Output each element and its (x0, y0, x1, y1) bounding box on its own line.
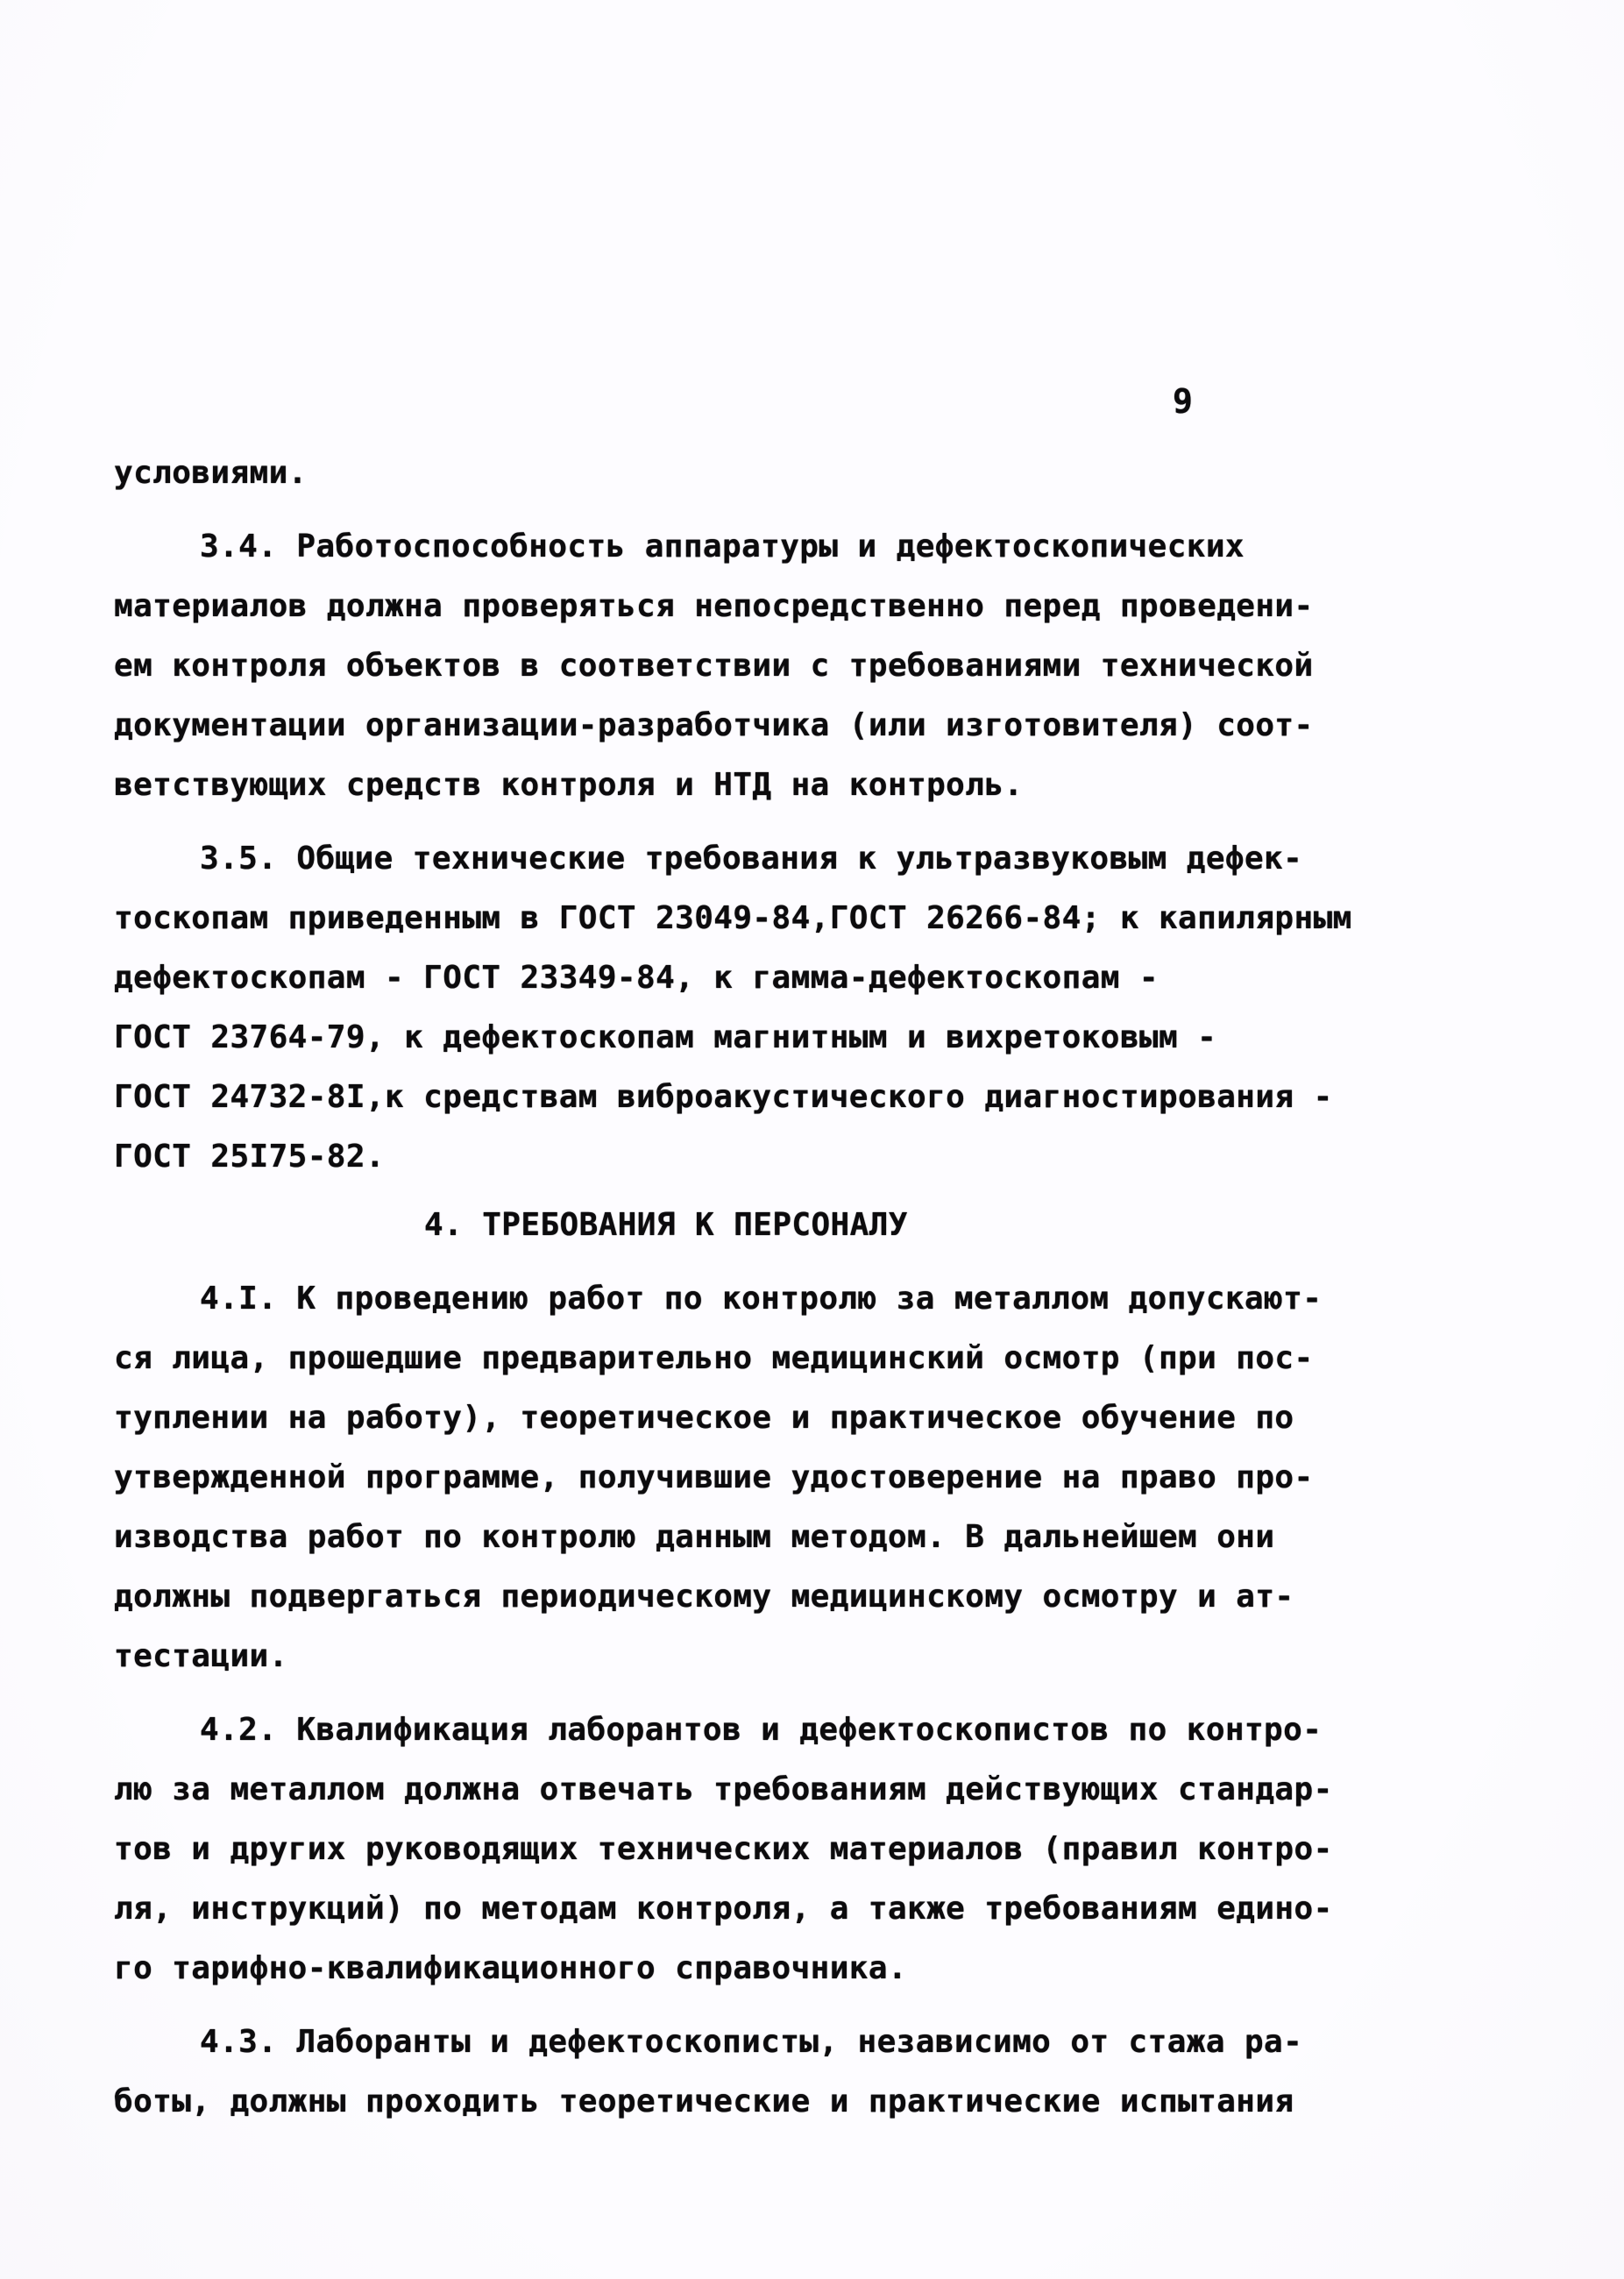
scanned-document-page: 9 условиями.3.4. Работоспособность аппар… (0, 0, 1624, 2279)
heading-text: 4. ТРЕБОВАНИЯ К ПЕРСОНАЛУ (114, 1196, 1534, 1255)
text-line: тоскопам приведенным в ГОСТ 23049-84,ГОС… (114, 889, 1534, 948)
text-line: ГОСТ 23764-79, к дефектоскопам магнитным… (114, 1008, 1534, 1068)
text-line: туплении на работу), теоретическое и пра… (114, 1388, 1534, 1448)
document-body: условиями.3.4. Работоспособность аппарат… (114, 444, 1534, 2132)
text-line: ем контроля объектов в соответствии с тр… (114, 636, 1534, 696)
text-line: боты, должны проходить теоретические и п… (114, 2072, 1534, 2132)
text-line: утвержденной программе, получившие удост… (114, 1448, 1534, 1508)
text-line: ля, инструкций) по методам контроля, а т… (114, 1879, 1534, 1939)
text-line: 4.I. К проведению работ по контролю за м… (114, 1269, 1534, 1329)
text-line: ветствующих средств контроля и НТД на ко… (114, 756, 1534, 815)
text-line: дефектоскопам - ГОСТ 23349-84, к гамма-д… (114, 948, 1534, 1008)
text-line: го тарифно-квалификационного справочника… (114, 1939, 1534, 1999)
paragraph: 4.2. Квалификация лаборантов и дефектоск… (114, 1700, 1534, 1999)
paragraph: 4.I. К проведению работ по контролю за м… (114, 1269, 1534, 1686)
text-line: тестации. (114, 1627, 1534, 1686)
text-line: материалов должна проверяться непосредст… (114, 577, 1534, 636)
paragraph: 4.3. Лаборанты и дефектоскописты, незави… (114, 2013, 1534, 2132)
paragraph: 3.5. Общие технические требования к ульт… (114, 829, 1534, 1187)
text-line: должны подвергаться периодическому медиц… (114, 1567, 1534, 1627)
text-line: ГОСТ 25I75-82. (114, 1127, 1534, 1187)
text-line: 4.3. Лаборанты и дефектоскописты, незави… (114, 2013, 1534, 2072)
page-number: 9 (1173, 372, 1193, 431)
paragraph: условиями. (114, 444, 1534, 503)
text-line: лю за металлом должна отвечать требовани… (114, 1760, 1534, 1820)
text-line: условиями. (114, 444, 1534, 503)
text-line: изводства работ по контролю данным метод… (114, 1508, 1534, 1567)
text-line: тов и других руководящих технических мат… (114, 1820, 1534, 1879)
text-line: 3.5. Общие технические требования к ульт… (114, 829, 1534, 889)
text-line: ГОСТ 24732-8I,к средствам виброакустичес… (114, 1068, 1534, 1127)
section-heading: 4. ТРЕБОВАНИЯ К ПЕРСОНАЛУ (114, 1196, 1534, 1255)
text-line: 4.2. Квалификация лаборантов и дефектоск… (114, 1700, 1534, 1760)
text-line: ся лица, прошедшие предварительно медици… (114, 1329, 1534, 1388)
text-line: документации организации-разработчика (и… (114, 696, 1534, 756)
paragraph: 3.4. Работоспособность аппаратуры и дефе… (114, 517, 1534, 815)
text-line: 3.4. Работоспособность аппаратуры и дефе… (114, 517, 1534, 577)
